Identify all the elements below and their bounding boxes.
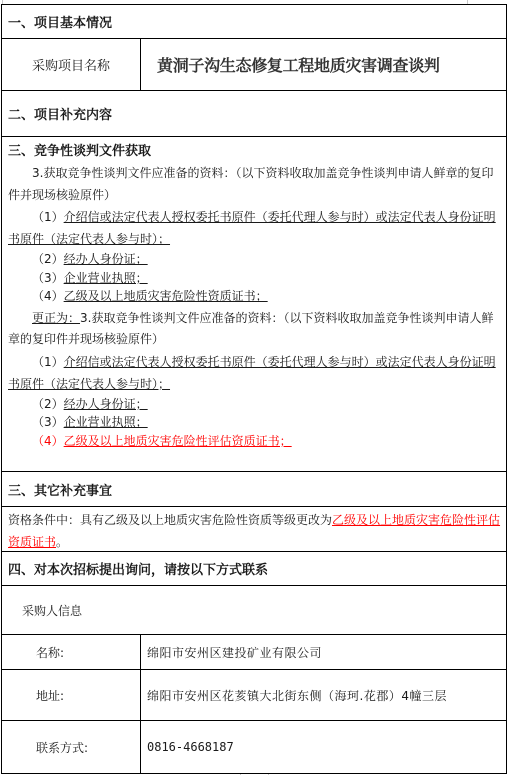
item-number: （2） [32,252,64,266]
corrected-item-3: （3）企业营业执照； [8,413,502,432]
qualification-end: 。 [56,535,68,549]
item-number: （4） [32,289,64,303]
qualification-label: 资格条件中： [8,513,80,527]
original-item-3: （3）企业营业执照； [8,269,502,288]
item-text: 乙级及以上地质灾害危险性评估资质证书； [64,434,292,448]
buyer-contact-value: 0816-4668187 [141,740,234,754]
announcement-table: 一、项目基本情况 采购项目名称 黄洞子沟生态修复工程地质灾害调查谈判 二、项目补… [1,4,507,774]
item-number: （1） [32,210,64,224]
item-text: 经办人身份证； [64,397,148,411]
buyer-info-heading: 采购人信息 [2,586,506,634]
buyer-name-label: 名称: [2,644,64,661]
corrected-item-2: （2）经办人身份证； [8,395,502,414]
section-heading-other-matters: 三、其它补充事宜 [2,472,506,506]
qualification-change-text: 资格条件中：具有乙级及以上地质灾害危险性资质等级更改为乙级及以上地质灾害危险性评… [2,507,506,551]
section-other-matters-row: 三、其它补充事宜 [2,472,506,507]
item-text: 经办人身份证； [64,252,148,266]
buyer-address-label: 地址: [2,687,64,704]
project-name-label: 采购项目名称 [2,55,110,74]
original-item-4: （4）乙级及以上地质灾害危险性资质证书； [8,287,502,306]
buyer-info-row: 采购人信息 [2,586,506,635]
original-item-2: （2）经办人身份证； [8,250,502,269]
corrected-item-1: （1）介绍信或法定代表人授权委托书原件（委托代理人参与时）或法定代表人身份证明书… [8,351,502,395]
item-number: （2） [32,397,64,411]
section-document-acquisition-row: 三、竞争性谈判文件获取 3.获取竞争性谈判文件应准备的资料：（以下资料收取加盖竞… [2,137,506,472]
item-number: （1） [32,355,64,369]
section-supplement-row: 二、项目补充内容 [2,91,506,137]
section-heading-basic-info: 一、项目基本情况 [2,5,506,38]
item-text: 介绍信或法定代表人授权委托书原件（委托代理人参与时）或法定代表人身份证明书原件（… [8,355,496,391]
buyer-address-value: 绵阳市安州区花荄镇大北街东侧（海珂.花郡）4幢三层 [141,687,447,704]
buyer-contact-row: 联系方式: 0816-4668187 [2,721,506,774]
qualification-text: 具有乙级及以上地质灾害危险性资质等级更改为 [80,513,332,527]
item-text: 企业营业执照； [64,415,148,429]
project-name-value: 黄洞子沟生态修复工程地质灾害调查谈判 [141,53,440,76]
corrected-prefix: 更正为： [32,311,80,325]
buyer-name-value: 绵阳市安州区建投矿业有限公司 [141,644,322,661]
section-heading-supplement: 二、项目补充内容 [2,91,506,136]
item-number: （3） [32,415,64,429]
section-basic-info-row: 一、项目基本情况 [2,5,506,39]
item-number: （3） [32,271,64,285]
item-text: 乙级及以上地质灾害危险性资质证书； [64,289,268,303]
original-item-1: （1）介绍信或法定代表人授权委托书原件（委托代理人参与时）或法定代表人身份证明书… [8,206,502,250]
corrected-intro-text: 3.获取竞争性谈判文件应准备的资料：（以下资料收取加盖竞争性谈判申请人鲜章的复印… [8,311,493,347]
item-text: 企业营业执照； [64,271,148,285]
buyer-contact-label: 联系方式: [2,739,88,756]
project-name-row: 采购项目名称 黄洞子沟生态修复工程地质灾害调查谈判 [2,39,506,91]
document-acquisition-content: 三、竞争性谈判文件获取 3.获取竞争性谈判文件应准备的资料：（以下资料收取加盖竞… [2,137,506,471]
buyer-name-row: 名称: 绵阳市安州区建投矿业有限公司 [2,635,506,670]
section-contact-row: 四、对本次招标提出询问，请按以下方式联系 [2,552,506,586]
corrected-intro: 更正为：3.获取竞争性谈判文件应准备的资料：（以下资料收取加盖竞争性谈判申请人鲜… [8,308,502,351]
original-intro: 3.获取竞争性谈判文件应准备的资料：（以下资料收取加盖竞争性谈判申请人鲜章的复印… [8,163,502,206]
qualification-change-row: 资格条件中：具有乙级及以上地质灾害危险性资质等级更改为乙级及以上地质灾害危险性评… [2,507,506,552]
section-heading-document-acquisition: 三、竞争性谈判文件获取 [8,141,502,163]
item-text: 介绍信或法定代表人授权委托书原件（委托代理人参与时）或法定代表人身份证明书原件（… [8,210,496,246]
item-number: （4） [32,434,64,448]
corrected-item-4: （4）乙级及以上地质灾害危险性评估资质证书； [8,432,502,451]
section-heading-contact: 四、对本次招标提出询问，请按以下方式联系 [2,552,506,585]
buyer-address-row: 地址: 绵阳市安州区花荄镇大北街东侧（海珂.花郡）4幢三层 [2,670,506,721]
